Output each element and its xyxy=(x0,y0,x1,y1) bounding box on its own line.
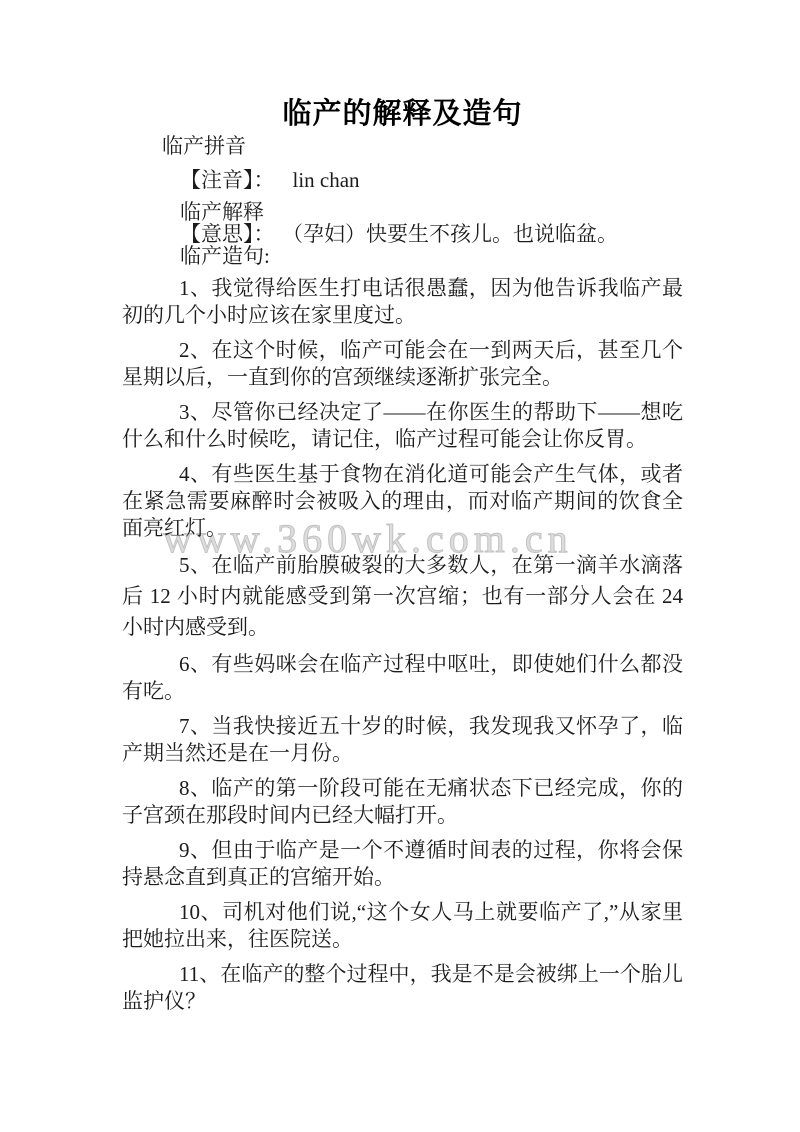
sentence-paragraph: 11、在临产的整个过程中，我是不是会被绑上一个胎儿监护仪？ xyxy=(122,961,683,1015)
document-page: www.360wk.com.cn 临产的解释及造句 临产拼音 【注音】：lin … xyxy=(0,0,800,1132)
pinyin-heading: 临产拼音 xyxy=(122,134,683,158)
zhuyin-value: lin chan xyxy=(293,168,360,192)
sentence-paragraph: 9、但由于临产是一个不遵循时间表的过程，你将会保持悬念直到真正的宫缩开始。 xyxy=(122,837,683,891)
sentence-paragraph: 5、在临产前胎膜破裂的大多数人，在第一滴羊水滴落后 12 小时内就能感受到第一次… xyxy=(122,550,683,643)
document-content: 临产的解释及造句 临产拼音 【注音】：lin chan 临产解释 【意思】：（孕… xyxy=(122,96,683,1023)
sentence-paragraph: 1、我觉得给医生打电话很愚蠢，因为他告诉我临产最初的几个小时应该在家里度过。 xyxy=(122,275,683,329)
sentence-paragraph: 6、有些妈咪会在临产过程中呕吐，即使她们什么都没有吃。 xyxy=(122,651,683,705)
sentence-paragraph: 4、有些医生基于食物在消化道可能会产生气体，或者在紧急需要麻醉时会被吸入的理由，… xyxy=(122,461,683,542)
zhuyin-label: 【注音】： xyxy=(180,168,275,192)
zhuyin-line: 【注音】：lin chan xyxy=(122,168,683,192)
sentences-heading: 临产造句: xyxy=(122,245,683,267)
explanation-heading: 临产解释 xyxy=(122,201,683,223)
meaning-line: 【意思】：（孕妇）快要生不孩儿。也说临盆。 xyxy=(122,223,683,245)
sentence-paragraph: 2、在这个时候，临产可能会在一到两天后，甚至几个星期以后，一直到你的宫颈继续逐渐… xyxy=(122,337,683,391)
sentence-paragraph: 10、司机对他们说,“这个女人马上就要临产了,”从家里把她拉出来，往医院送。 xyxy=(122,899,683,953)
page-title: 临产的解释及造句 xyxy=(122,96,683,132)
sentences-list: 1、我觉得给医生打电话很愚蠢，因为他告诉我临产最初的几个小时应该在家里度过。 2… xyxy=(122,275,683,1015)
sentence-paragraph: 7、当我快接近五十岁的时候，我发现我又怀孕了，临产期当然还是在一月份。 xyxy=(122,713,683,767)
meaning-label: 【意思】： xyxy=(180,222,275,246)
meaning-value: （孕妇）快要生不孩儿。也说临盆。 xyxy=(293,222,619,246)
sentence-paragraph: 3、尽管你已经决定了——在你医生的帮助下——想吃什么和什么时候吃，请记住，临产过… xyxy=(122,399,683,453)
sentence-paragraph: 8、临产的第一阶段可能在无痛状态下已经完成，你的子宫颈在那段时间内已经大幅打开。 xyxy=(122,775,683,829)
